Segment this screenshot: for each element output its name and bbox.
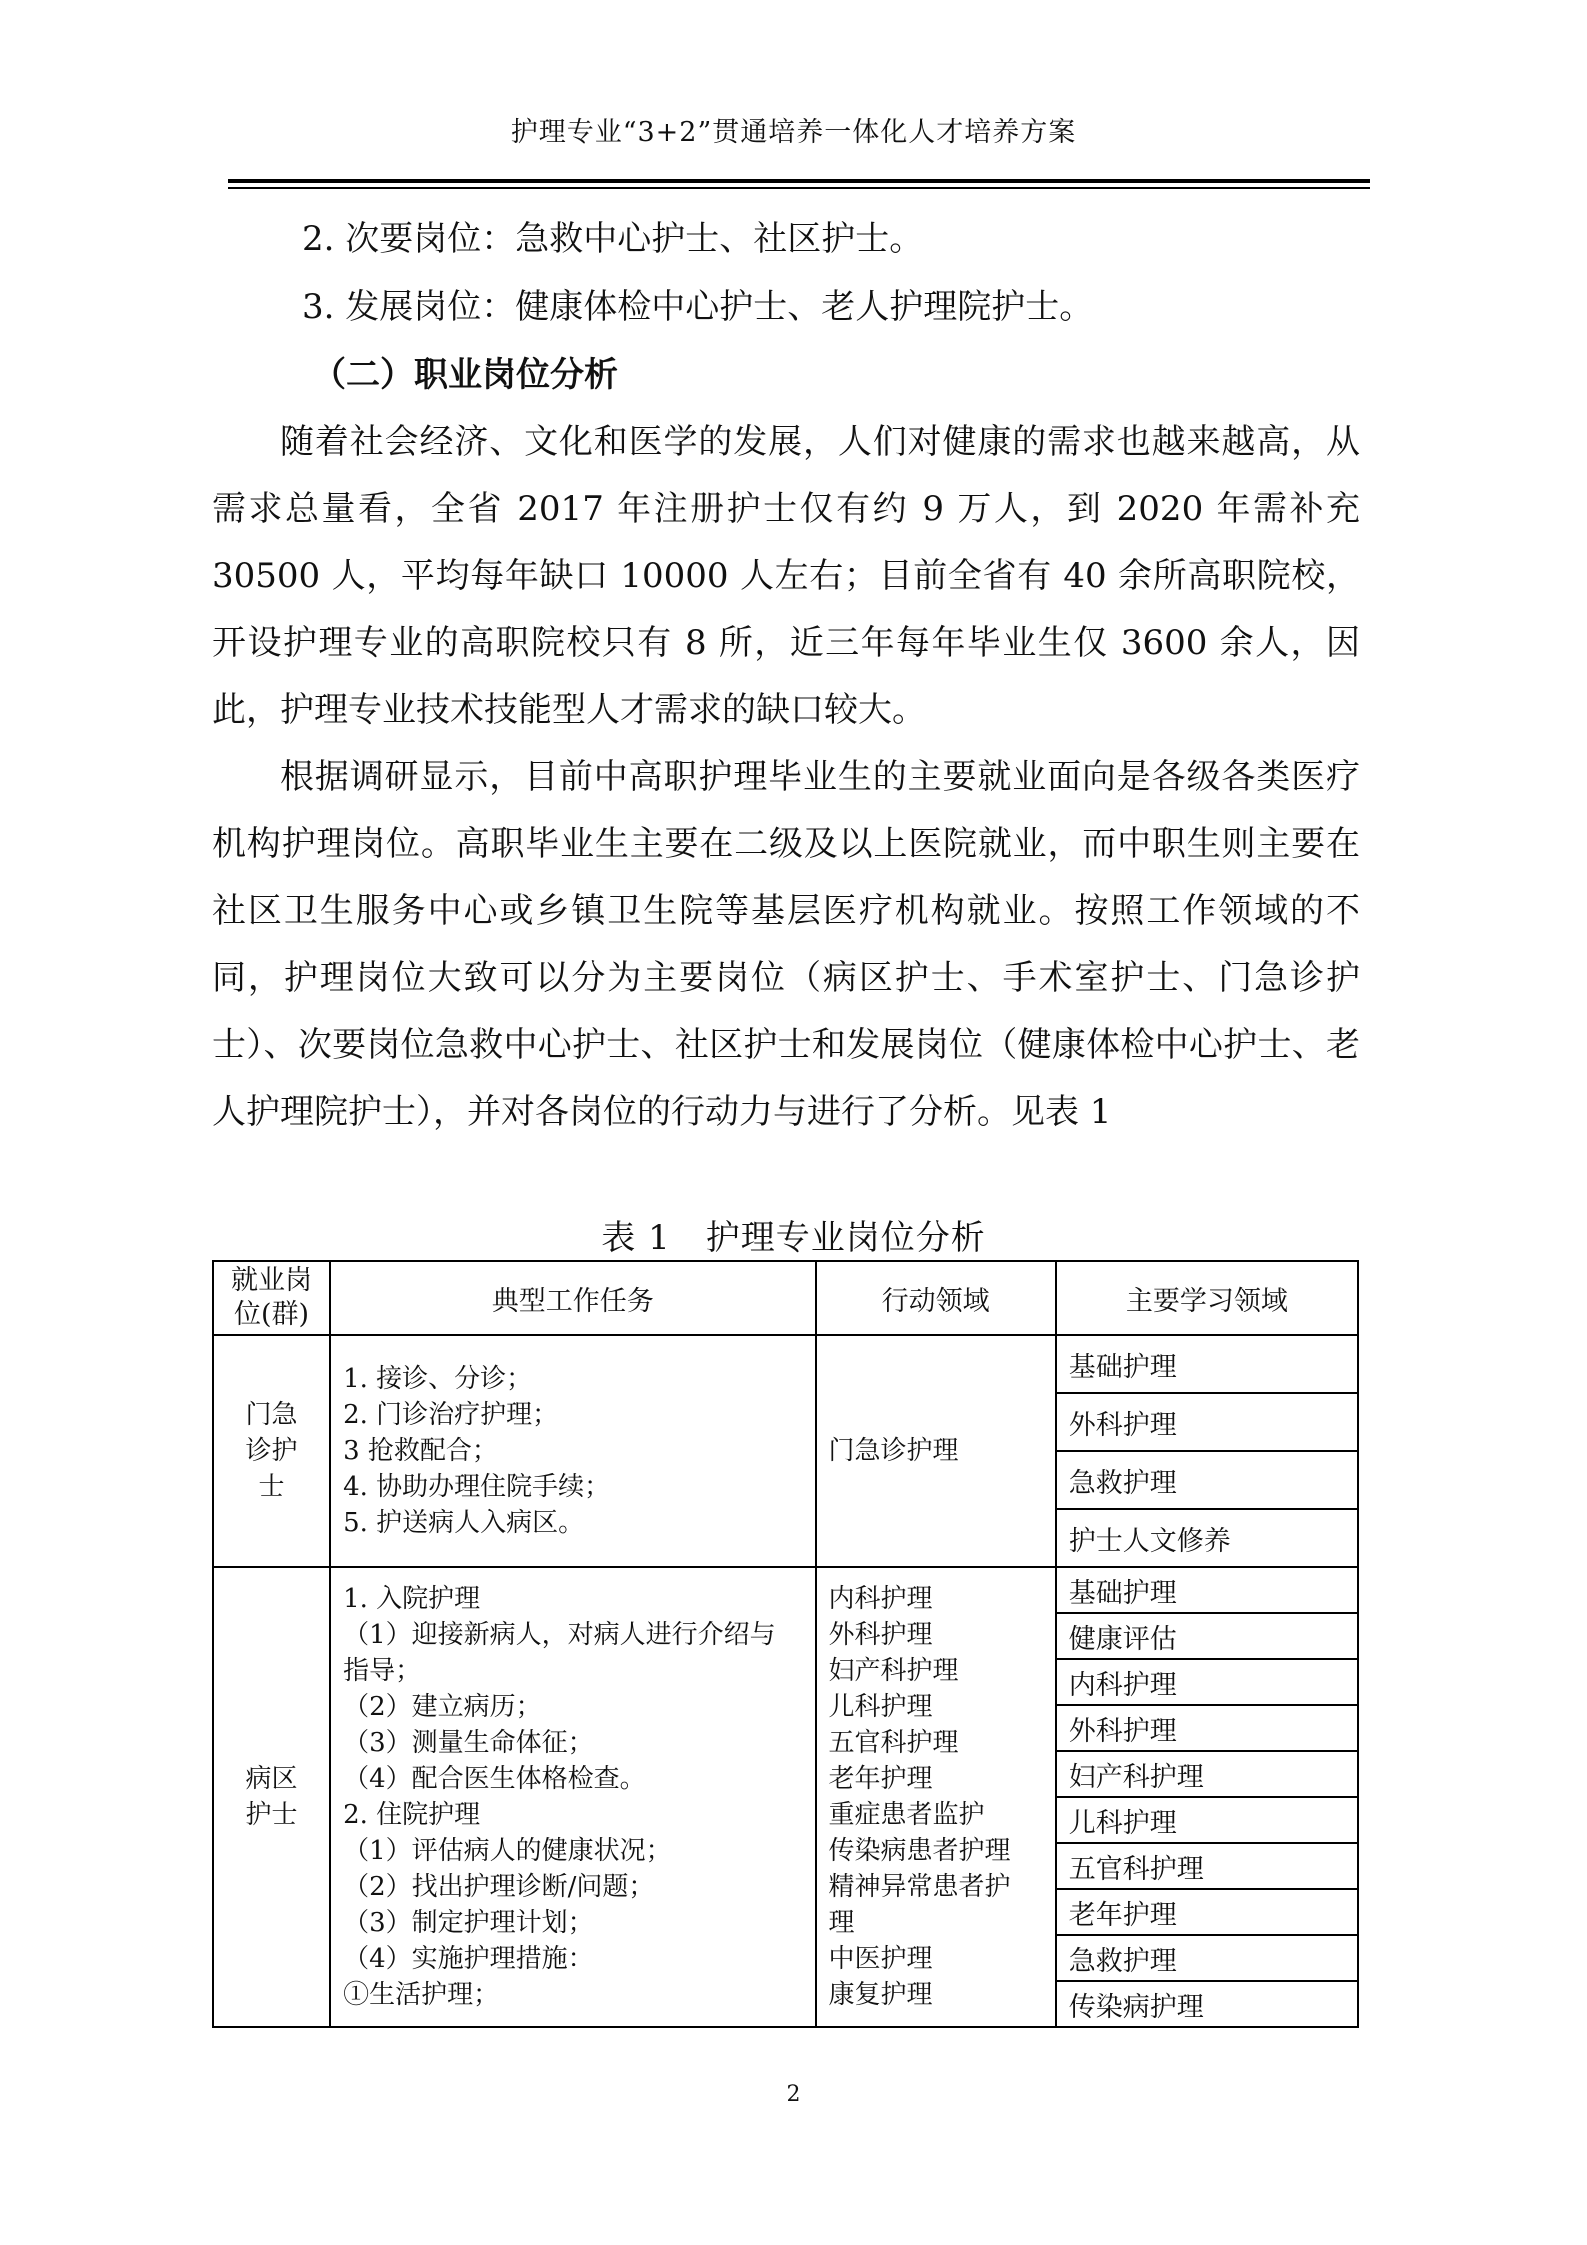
page-number: 2	[0, 2082, 1587, 2107]
table-row: 病区护士 1. 入院护理 （1）迎接新病人，对病人进行介绍与 指导； （2）建立…	[213, 1567, 1358, 1613]
tasks-cell: 1. 入院护理 （1）迎接新病人，对病人进行介绍与 指导； （2）建立病历； （…	[330, 1567, 815, 2027]
tasks-cell: 1. 接诊、分诊； 2. 门诊治疗护理； 3 抢救配合； 4. 协助办理住院手续…	[330, 1335, 815, 1567]
job-analysis-table: 就业岗位(群) 典型工作任务 行动领域 主要学习领域 门急诊护士 1. 接诊、分…	[212, 1260, 1359, 2028]
action-cell: 内科护理 外科护理 妇产科护理 儿科护理 五官科护理 老年护理 重症患者监护 传…	[816, 1567, 1056, 2027]
header-study: 主要学习领域	[1056, 1261, 1358, 1335]
study-cell: 传染病护理	[1056, 1981, 1358, 2027]
list-item-secondary-posts: 2. 次要岗位：急救中心护士、社区护士。	[212, 205, 1360, 273]
action-cell: 门急诊护理	[816, 1335, 1056, 1567]
study-cell: 内科护理	[1056, 1659, 1358, 1705]
table-header-row: 就业岗位(群) 典型工作任务 行动领域 主要学习领域	[213, 1261, 1358, 1335]
study-cell: 急救护理	[1056, 1451, 1358, 1509]
study-cell: 急救护理	[1056, 1935, 1358, 1981]
study-cell: 五官科护理	[1056, 1843, 1358, 1889]
header-rule-thin	[228, 187, 1370, 189]
study-cell: 儿科护理	[1056, 1797, 1358, 1843]
study-cell: 健康评估	[1056, 1613, 1358, 1659]
running-header-title: 护理专业“3+2”贯通培养一体化人才培养方案	[0, 110, 1587, 149]
page-body: 2. 次要岗位：急救中心护士、社区护士。 3. 发展岗位：健康体检中心护士、老人…	[212, 205, 1360, 1146]
study-cell: 外科护理	[1056, 1705, 1358, 1751]
paragraph-demand: 随着社会经济、文化和医学的发展，人们对健康的需求也越来越高，从需求总量看，全省 …	[212, 409, 1360, 744]
header-tasks: 典型工作任务	[330, 1261, 815, 1335]
header-job: 就业岗位(群)	[213, 1261, 330, 1335]
header-action: 行动领域	[816, 1261, 1056, 1335]
study-cell: 妇产科护理	[1056, 1751, 1358, 1797]
table-row: 门急诊护士 1. 接诊、分诊； 2. 门诊治疗护理； 3 抢救配合； 4. 协助…	[213, 1335, 1358, 1393]
study-cell: 基础护理	[1056, 1567, 1358, 1613]
study-cell: 外科护理	[1056, 1393, 1358, 1451]
paragraph-survey: 根据调研显示，目前中高职护理毕业生的主要就业面向是各级各类医疗机构护理岗位。高职…	[212, 744, 1360, 1146]
list-item-development-posts: 3. 发展岗位：健康体检中心护士、老人护理院护士。	[212, 273, 1360, 341]
study-cell: 老年护理	[1056, 1889, 1358, 1935]
study-cell: 护士人文修养	[1056, 1509, 1358, 1567]
job-cell: 门急诊护士	[213, 1335, 330, 1567]
table-caption: 表 1 护理专业岗位分析	[0, 1210, 1587, 1259]
job-cell: 病区护士	[213, 1567, 330, 2027]
header-rule-thick	[228, 179, 1370, 183]
section-heading: （二）职业岗位分析	[212, 341, 1360, 409]
study-cell: 基础护理	[1056, 1335, 1358, 1393]
